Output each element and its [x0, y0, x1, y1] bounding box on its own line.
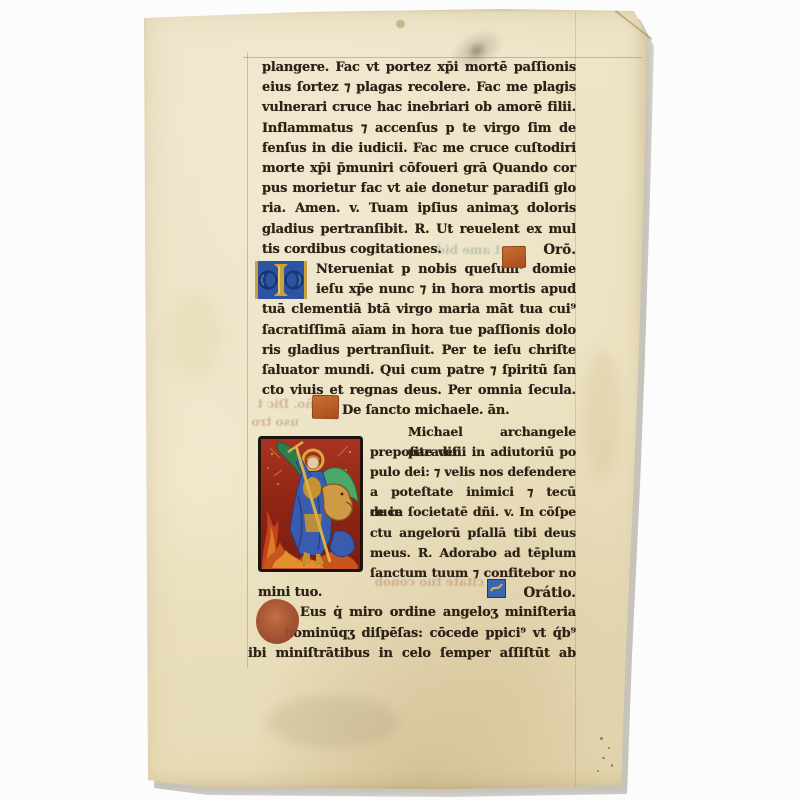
text-line: Michael archangele paradiſi — [408, 422, 576, 442]
text-line: pulo dei: ⁊ velis nos defendere — [370, 462, 576, 482]
text-line: meus. R. Adorabo ad tēplum — [370, 543, 576, 563]
ruling-line-left — [247, 52, 248, 668]
text-line: cto viuis et regnas deus. Per omnia ſecu… — [262, 381, 576, 401]
text-line: De ſancto michaele. ān. — [342, 401, 522, 421]
text-line: fenſus in die iudicii. Fac me cruce cuſt… — [262, 139, 576, 159]
rubric-square-oratio — [487, 579, 506, 598]
show-through-text: uso tro — [241, 414, 299, 430]
rubric-oro: Orō. — [528, 240, 576, 260]
text-line: tuā clementiā btā virgo maria māt tua cu… — [262, 300, 576, 320]
text-line: pus morietur fac vt aie donetur paradiſi… — [262, 179, 576, 199]
text-line: ſaluator mundi. Qui cum patre ⁊ ſpiritū … — [262, 361, 576, 381]
text-line: eius ſortez ⁊ plagas recolere. Fac me pl… — [262, 78, 576, 98]
text-line: ris gladius pertranſiuit. Per te ieſu ch… — [262, 341, 576, 361]
text-line: ieſu xp̄e nunc ⁊ in hora mortis apud — [316, 280, 576, 300]
text-line: hominūqʒ diſpēſas: cōcede ppici⁹ vt q́b⁹ — [284, 624, 576, 644]
text-line: gladius pertranſibit. R. Ut reuelent ex … — [262, 220, 576, 240]
text-line: plangere. Fac vt portez xp̄i mortē paſſi… — [262, 58, 576, 78]
text-line: ibi miniſtrātibus in celo ſemper aſſiſtū… — [248, 644, 576, 664]
text-line: vulnerari cruce hac inebriari ob amorē f… — [262, 98, 576, 118]
miniature-st-michael — [258, 436, 363, 572]
text-line: ſacratiſſimā aīam in hora tue paſſionis … — [262, 321, 576, 341]
rubric-square-oro — [502, 246, 526, 268]
illuminated-initial-i — [255, 261, 307, 299]
text-line: morte xp̄i p̄muniri cōfoueri grā Quando … — [262, 159, 576, 179]
text-line: Nterueniat p nobis queſum⁹ domie — [316, 260, 576, 280]
text-line: re in ſocietatē dñi. v. In cōſpe — [370, 502, 576, 522]
text-line: Eus q̇ miro ordine angeloʒ miniſteria — [300, 603, 576, 623]
photo-background: t ame bidoño. Dic tuso trocitate tuo con… — [0, 0, 800, 800]
text-line: prepoſite veni in adiutoriū po — [370, 442, 576, 462]
text-line: ſanctum tuum ⁊ confitebor no — [370, 563, 576, 583]
text-line: tis cordibus cogitationes. — [262, 240, 472, 260]
text-line: a poteſtate inimici ⁊ tecū duce — [370, 482, 576, 502]
text-line: Inflammatus ⁊ accenſus p te virgo ſim de — [262, 119, 576, 139]
text-line: ctu angelorū pſallā tibi deus — [370, 523, 576, 543]
st-michael-icon — [258, 436, 363, 572]
blue-ornament-icon — [487, 579, 506, 598]
rubric-oratio: Orátio. — [512, 583, 576, 603]
text-line: ria. Amen. v. Tuam ipſius animaʒ doloris — [262, 199, 576, 219]
initial-i-icon — [255, 261, 307, 299]
rubric-square-heading — [312, 395, 339, 419]
